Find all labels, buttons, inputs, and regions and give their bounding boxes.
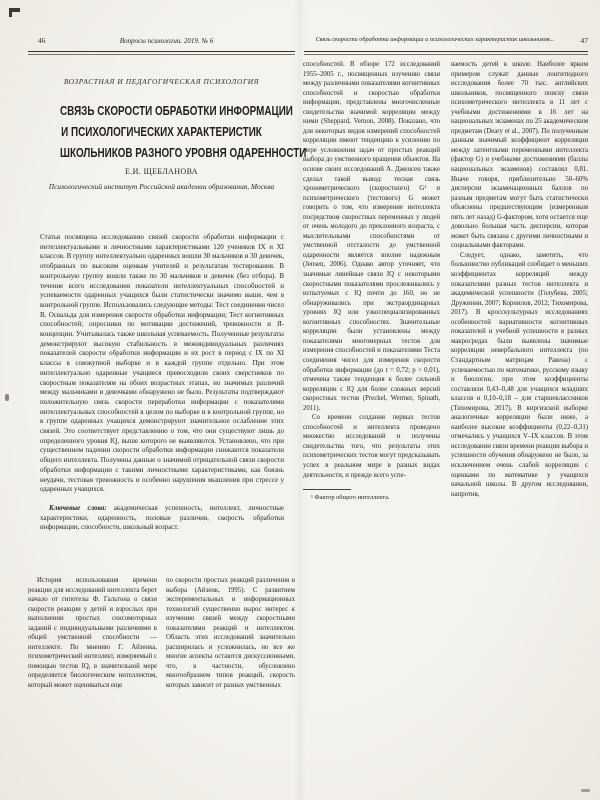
abstract-text: Статья посвящена исследованию связей ско… <box>40 233 284 495</box>
scan-speck <box>5 394 9 401</box>
section-rubric: ВОЗРАСТНАЯ И ПЕДАГОГИЧЕСКАЯ ПСИХОЛОГИЯ <box>28 77 295 86</box>
body-paragraph: Следует, однако, заметить, что большинст… <box>451 251 588 499</box>
page-gutter-shadow <box>294 0 306 800</box>
header-rule-right <box>304 51 588 55</box>
right-page-column-1: способностей. В обзоре 172 исследований … <box>303 60 440 502</box>
body-paragraph: способностей. В обзоре 172 исследований … <box>303 60 440 413</box>
author-affiliation: Психологический институт Российской акад… <box>28 182 295 191</box>
author-name: Е.И. ЩЕБЛАНОВА <box>28 167 295 176</box>
page-number-left: 46 <box>28 36 68 45</box>
scan-corner-mark <box>9 8 20 12</box>
keywords-paragraph: Ключевые слова: академическая успешность… <box>40 504 284 533</box>
left-page-body: История использования времени реакции дл… <box>28 576 295 760</box>
page-number-right: 47 <box>581 36 589 45</box>
header-rule-left <box>28 51 295 55</box>
body-paragraph: ваемость детей в школе. Наиболее ярким п… <box>451 60 588 251</box>
right-page-column-2: ваемость детей в школе. Наиболее ярким п… <box>451 60 588 502</box>
article-title: СВЯЗЬ СКОРОСТИ ОБРАБОТКИ ИНФОРМАЦИИ И ПС… <box>28 100 295 163</box>
left-page-column-1: История использования времени реакции дл… <box>28 576 157 760</box>
keywords-label: Ключевые слова: <box>49 504 107 512</box>
left-page-header: 46 Вопросы психологии. 2019. № 6 <box>28 36 295 50</box>
article-title-line-1: СВЯЗЬ СКОРОСТИ ОБРАБОТКИ ИНФОРМАЦИИ <box>60 100 263 121</box>
running-head-left: Вопросы психологии. 2019. № 6 <box>68 37 265 45</box>
scan-speck <box>581 789 590 792</box>
article-title-line-3: ШКОЛЬНИКОВ РАЗНОГО УРОВНЯ ОДАРЕННОСТИ <box>60 142 263 163</box>
scanned-journal-spread: 46 Вопросы психологии. 2019. № 6 Связь с… <box>0 0 600 800</box>
footnote-text: ¹ Фактор общего интеллекта. <box>303 493 440 502</box>
body-paragraph: по скорости простых реакций различения и… <box>166 576 295 691</box>
left-page-column-2: по скорости простых реакций различения и… <box>166 576 295 760</box>
scan-content: 46 Вопросы психологии. 2019. № 6 Связь с… <box>0 0 600 800</box>
running-head-right: Связь скорости обработки информации и пс… <box>304 36 588 43</box>
abstract-block: Статья посвящена исследованию связей ско… <box>40 233 284 533</box>
body-paragraph: Со времени создания первых тестов способ… <box>303 413 440 480</box>
body-paragraph: История использования времени реакции дл… <box>28 576 157 691</box>
right-page-header: Связь скорости обработки информации и пс… <box>304 36 588 50</box>
footnote-rule <box>303 489 351 490</box>
article-title-line-2: И ПСИХОЛОГИЧЕСКИХ ХАРАКТЕРИСТИК <box>60 121 263 142</box>
right-page-body: способностей. В обзоре 172 исследований … <box>303 60 589 502</box>
